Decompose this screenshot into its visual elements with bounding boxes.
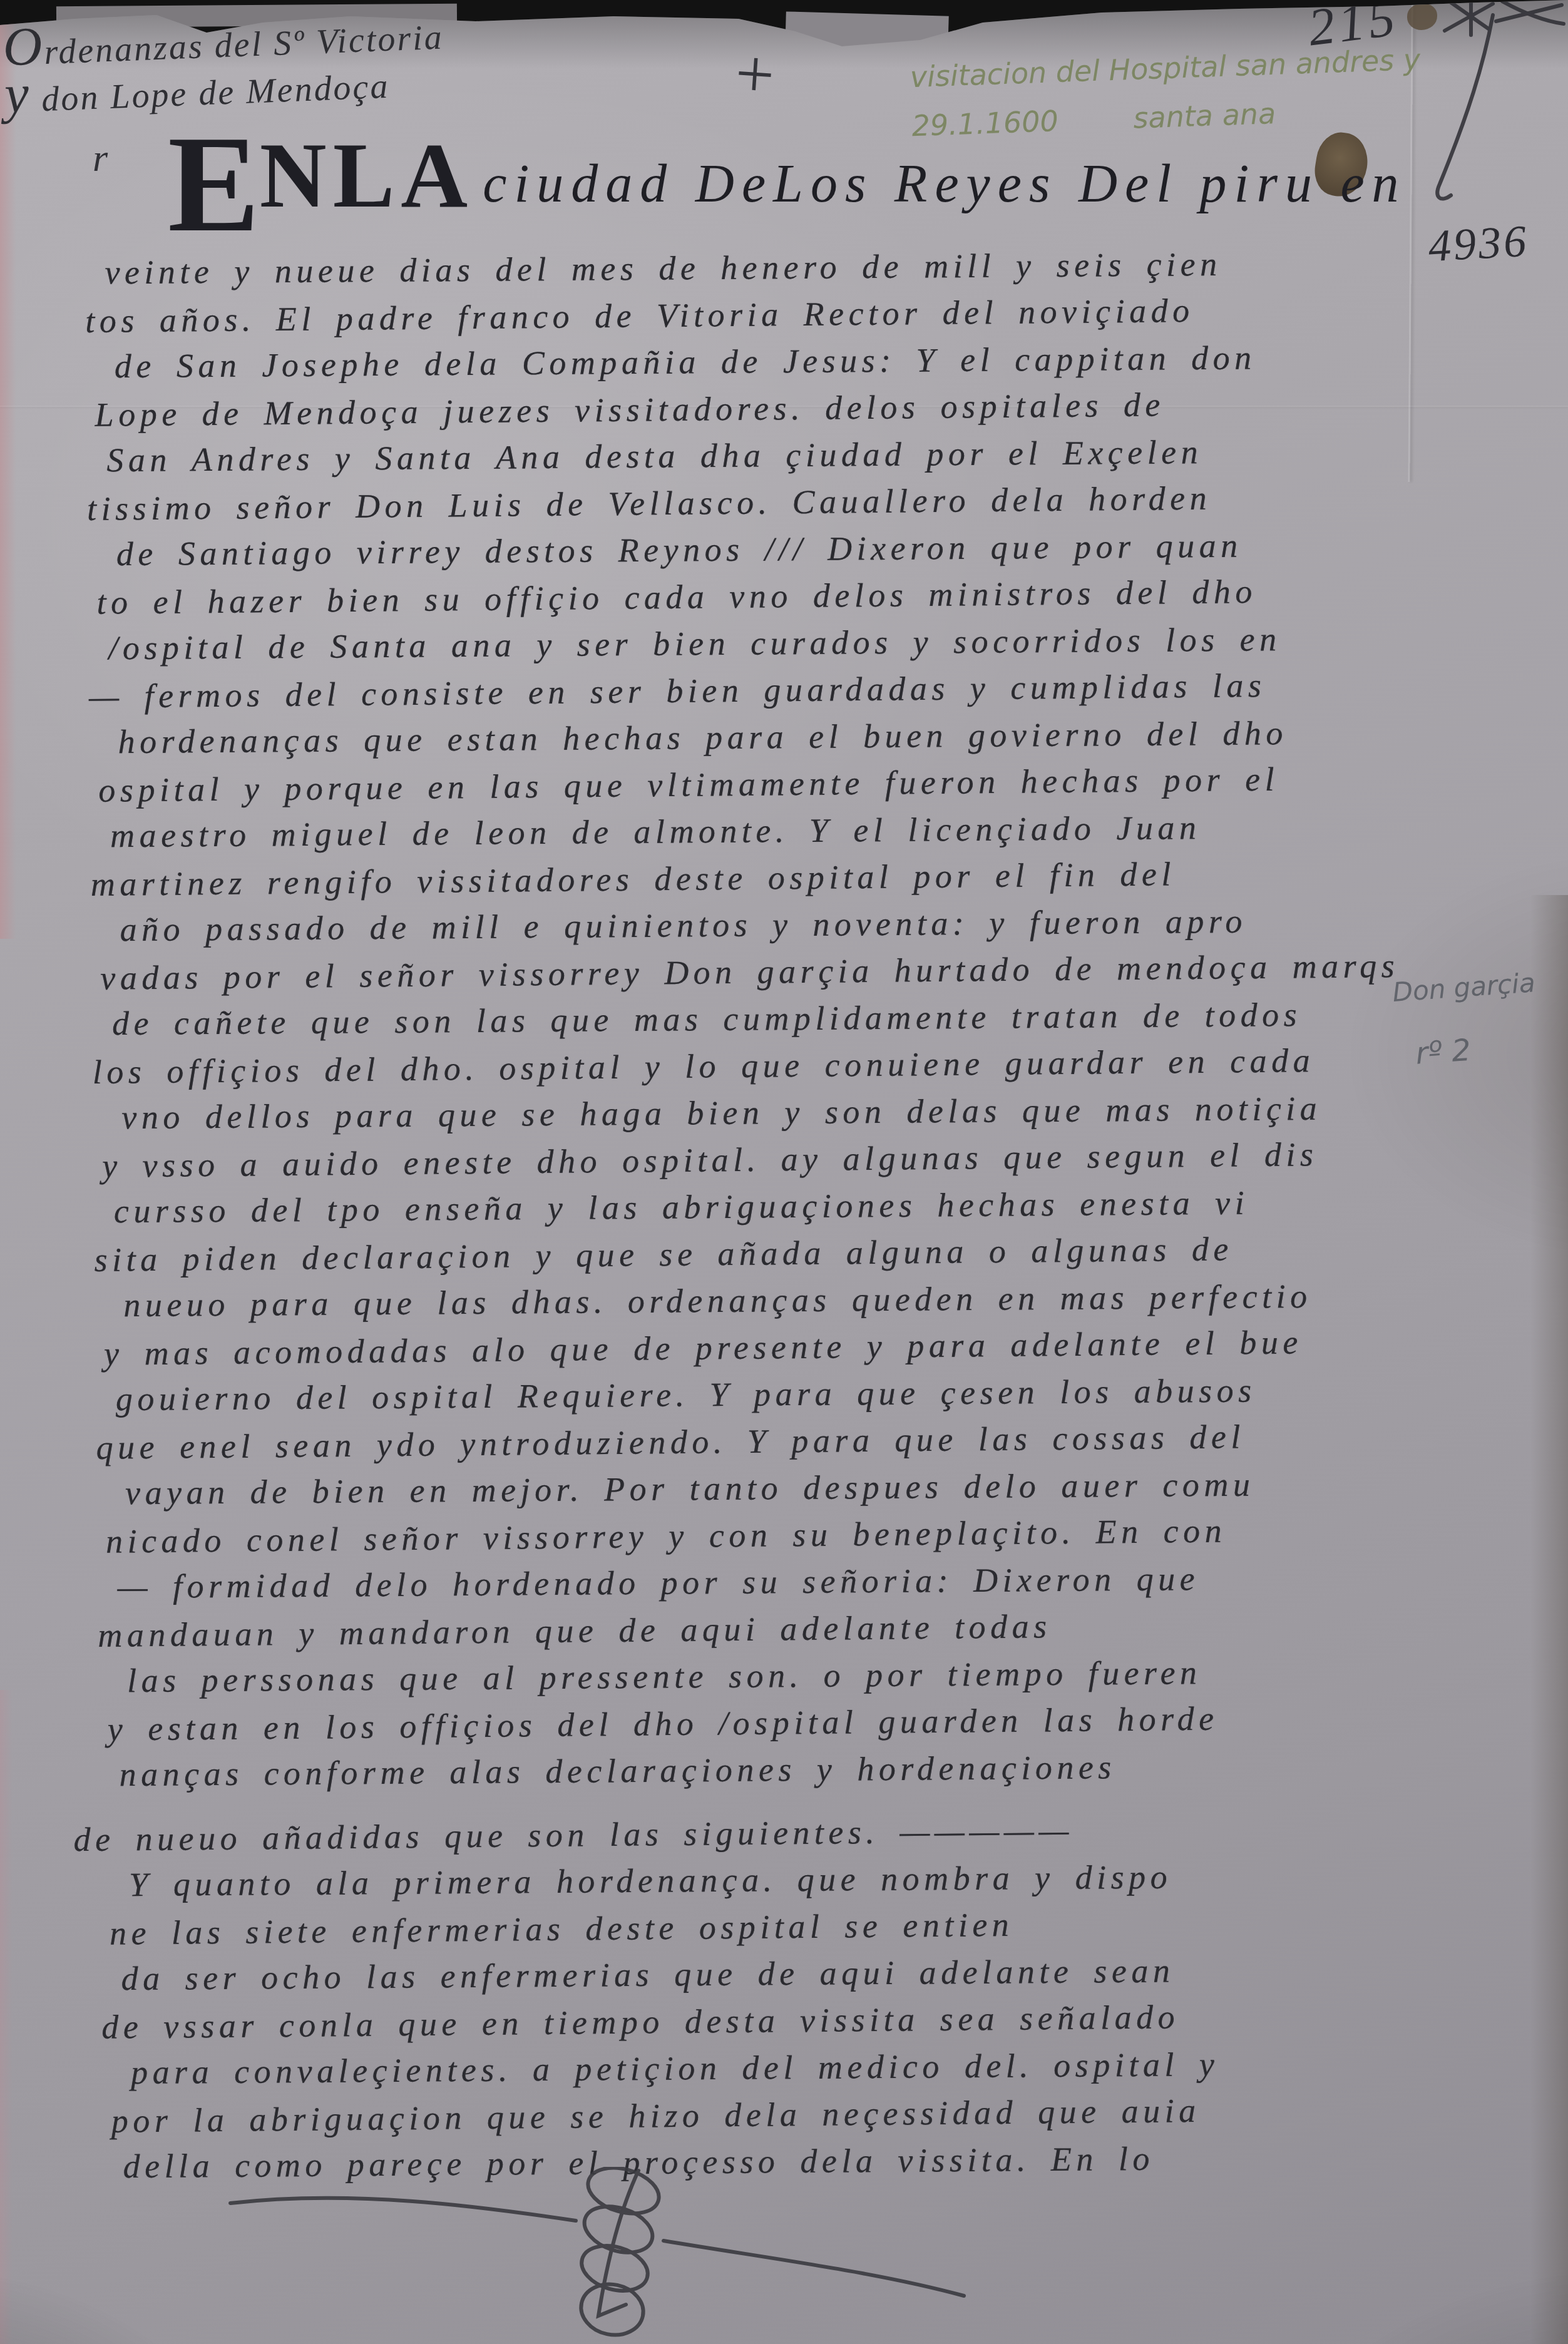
page-edge-tint — [0, 1690, 13, 2344]
rubric-flourish-icon — [225, 2167, 976, 2342]
manuscript-line: nanças conforme alas declaraçiones y hor… — [94, 1741, 1527, 1798]
heading-capitals: NLA — [260, 125, 474, 227]
archival-title: Ordenanzas del Sº Victoria y don Lope de… — [2, 11, 446, 121]
heading-text: ciudad DeLos Reyes Del piru en — [483, 153, 1406, 213]
photo-background: Ordenanzas del Sº Victoria y don Lope de… — [0, 0, 1568, 2344]
opening-heading: ENLAciudad DeLos Reyes Del piru en — [168, 123, 1407, 231]
underlying-page-edge — [1530, 895, 1568, 2344]
manuscript-body: veinte y nueue dias del mes de henero de… — [79, 237, 1532, 2192]
margin-mark: r — [93, 136, 108, 181]
decorated-initial: E — [168, 108, 260, 260]
crossed-out-scribble-icon — [1433, 0, 1568, 209]
page-edge-tint — [0, 0, 16, 939]
cross-mark: + — [733, 33, 777, 115]
manuscript-page: Ordenanzas del Sº Victoria y don Lope de… — [0, 0, 1568, 2344]
